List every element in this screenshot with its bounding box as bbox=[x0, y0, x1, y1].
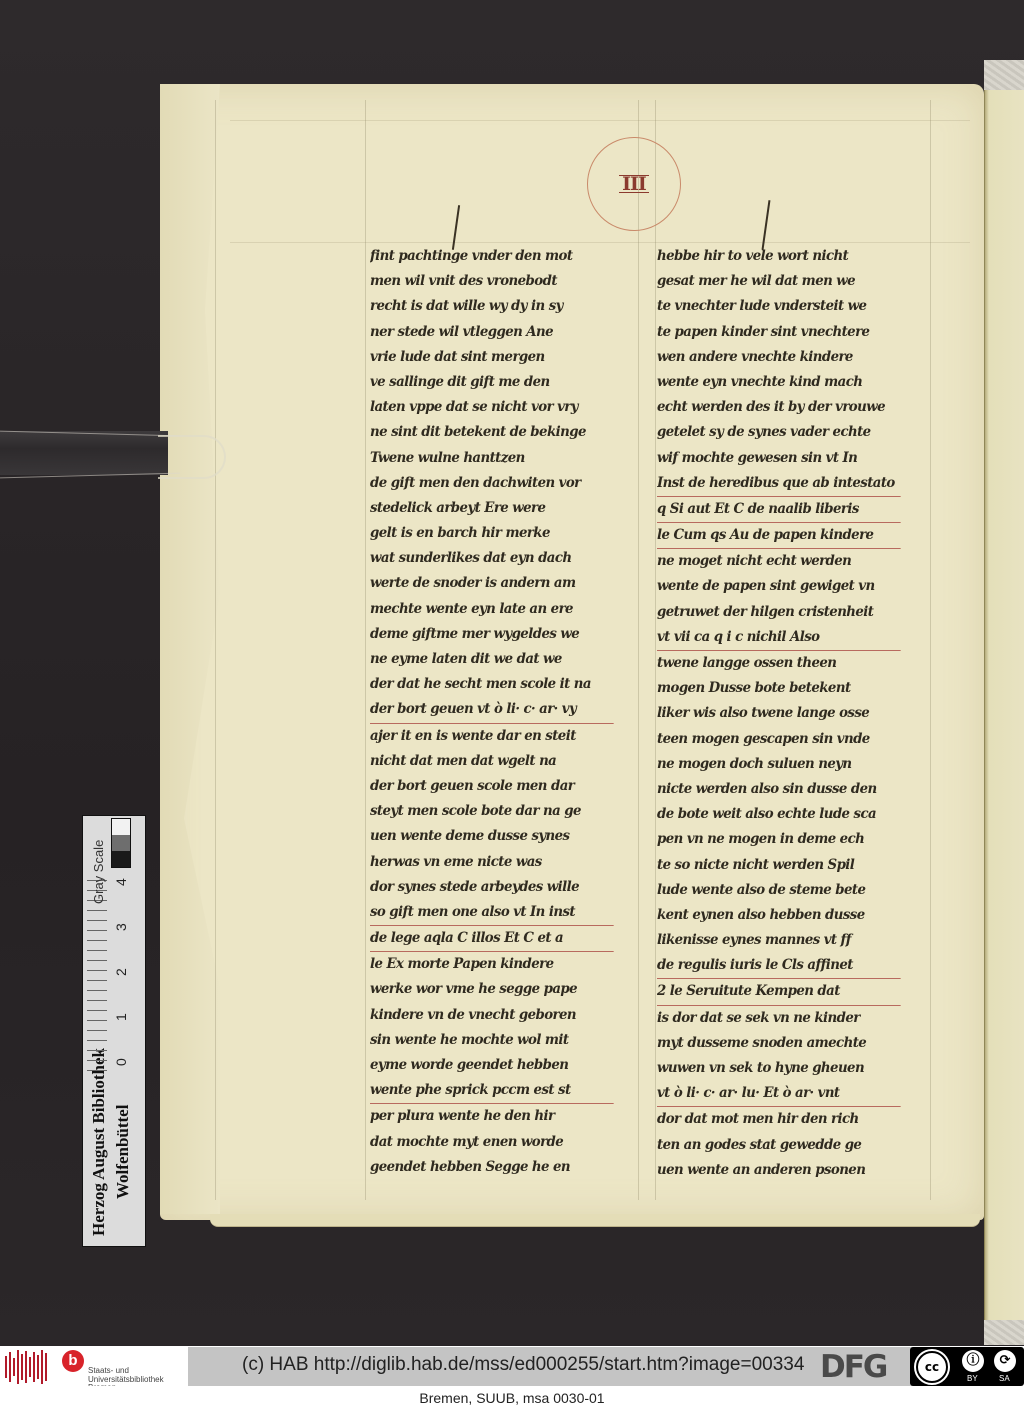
manuscript-line: wente phe sprick pccm est st bbox=[370, 1078, 614, 1104]
manuscript-line: uen wente deme dusse synes bbox=[370, 824, 614, 849]
manuscript-line: myt dusseme snoden amechte bbox=[657, 1031, 901, 1056]
manuscript-line: le Cum qs Au de papen kindere bbox=[657, 523, 901, 549]
manuscript-line: pen vn ne mogen in deme ech bbox=[657, 827, 901, 852]
manuscript-line: sin wente he mochte wol mit bbox=[370, 1028, 614, 1053]
manuscript-line: geendet hebben Segge he en bbox=[370, 1155, 614, 1180]
manuscript-line: te papen kinder sint vnechtere bbox=[657, 320, 901, 345]
manuscript-line: wen andere vnechte kindere bbox=[657, 345, 901, 370]
ruling-line bbox=[638, 100, 639, 1200]
manuscript-line: gelt is en barch hir merke bbox=[370, 521, 614, 546]
manuscript-line: getruwet der hilgen cristenheit bbox=[657, 600, 901, 625]
manuscript-line: wente de papen sint gewiget vn bbox=[657, 574, 901, 599]
attribution-icon: ⓘ bbox=[962, 1350, 984, 1372]
manuscript-line: dat mochte myt enen worde bbox=[370, 1130, 614, 1155]
manuscript-line: ajer it en is wente dar en steit bbox=[370, 724, 614, 749]
folio-bottom-edge bbox=[210, 1214, 980, 1227]
manuscript-line: werte de snoder is andern am bbox=[370, 571, 614, 596]
clip-loop bbox=[158, 435, 226, 479]
manuscript-line: vt vii ca q i c nichil Also bbox=[657, 625, 901, 651]
scale-institution: Herzog August Bibliothek bbox=[89, 1048, 109, 1236]
manuscript-line: vt ò li· c· ar· lu· Et ò ar· vnt bbox=[657, 1081, 901, 1107]
manuscript-line: echt werden des it by der vrouwe bbox=[657, 395, 901, 420]
dfg-logo: DFG bbox=[820, 1349, 886, 1385]
manuscript-line: recht is dat wille wy dy in sy bbox=[370, 294, 614, 319]
manuscript-line: lude wente also de steme bete bbox=[657, 878, 901, 903]
manuscript-line: gesat mer he wil dat men we bbox=[657, 269, 901, 294]
clip-band bbox=[0, 431, 168, 475]
manuscript-line: stedelick arbeyt Ere were bbox=[370, 496, 614, 521]
shelfmark-caption: Bremen, SUUB, msa 0030-01 bbox=[0, 1390, 1024, 1409]
manuscript-line: q Si aut Et C de naalib liberis bbox=[657, 497, 901, 523]
manuscript-line: dor dat mot men hir den rich bbox=[657, 1107, 901, 1132]
manuscript-line: eyme worde geendet hebben bbox=[370, 1053, 614, 1078]
manuscript-line: de gift men den dachwiten vor bbox=[370, 471, 614, 496]
manuscript-line: deme giftme mer wygeldes we bbox=[370, 622, 614, 647]
manuscript-line: ne moget nicht echt werden bbox=[657, 549, 901, 574]
suub-b-logo-icon: b bbox=[62, 1350, 84, 1372]
manuscript-line: de lege aqla C illos Et C et a bbox=[370, 926, 614, 952]
scale-institution-city: Wolfenbüttel bbox=[113, 1105, 133, 1199]
manuscript-line: ne sint dit betekent de bekinge bbox=[370, 420, 614, 445]
ruling-line bbox=[230, 120, 970, 121]
share-alike-icon: ⟳ bbox=[994, 1350, 1016, 1372]
facing-page-edge bbox=[984, 90, 1024, 1320]
by-label: BY bbox=[967, 1374, 978, 1383]
manuscript-line: te so nicte nicht werden Spil bbox=[657, 853, 901, 878]
gray-scale-swatches bbox=[111, 818, 131, 868]
ruler-tick-label: 3 bbox=[113, 923, 129, 931]
manuscript-line: so gift men one also vt In inst bbox=[370, 900, 614, 926]
cc-license-badge[interactable]: cc ⓘ ⟳ BY SA bbox=[910, 1347, 1024, 1386]
ruler-tick-label: 1 bbox=[113, 1013, 129, 1021]
folio-number: III bbox=[619, 175, 649, 193]
manuscript-line: teen mogen gescapen sin vnde bbox=[657, 727, 901, 752]
manuscript-line: mechte wente eyn late an ere bbox=[370, 597, 614, 622]
manuscript-line: Inst de heredibus que ab intestato bbox=[657, 471, 901, 497]
manuscript-line: te vnechter lude vndersteit we bbox=[657, 294, 901, 319]
manuscript-line: de regulis iuris le Cls affinet bbox=[657, 953, 901, 979]
manuscript-line: dor synes stede arbeydes wille bbox=[370, 875, 614, 900]
manuscript-line: de bote weit also echte lude sca bbox=[657, 802, 901, 827]
ruler-tick-label: 4 bbox=[113, 878, 129, 886]
manuscript-line: vrie lude dat sint mergen bbox=[370, 345, 614, 370]
manuscript-line: kindere vn de vnecht geboren bbox=[370, 1003, 614, 1028]
swatch-black bbox=[112, 851, 130, 867]
page-clip bbox=[0, 425, 230, 485]
manuscript-line: getelet sy de synes vader echte bbox=[657, 420, 901, 445]
manuscript-line: ten an godes stat gewedde ge bbox=[657, 1133, 901, 1158]
manuscript-line: men wil vnit des vronebodt bbox=[370, 269, 614, 294]
ruling-line bbox=[230, 242, 970, 243]
manuscript-line: der dat he secht men scole it na bbox=[370, 672, 614, 697]
manuscript-line: fint pachtinge vnder den mot bbox=[370, 244, 614, 269]
manuscript-line: 2 le Seruitute Kempen dat bbox=[657, 979, 901, 1005]
ruling-line bbox=[655, 100, 656, 1200]
manuscript-line: wat sunderlikes dat eyn dach bbox=[370, 546, 614, 571]
suub-barcode-logo bbox=[5, 1348, 53, 1386]
cc-icon: cc bbox=[916, 1351, 948, 1383]
ruling-line bbox=[215, 100, 216, 1200]
manuscript-line: liker wis also twene lange osse bbox=[657, 701, 901, 726]
manuscript-line: uen wente an anderen psonen bbox=[657, 1158, 901, 1183]
manuscript-line: steyt men scole bote dar na ge bbox=[370, 799, 614, 824]
ruling-line bbox=[930, 100, 931, 1200]
manuscript-line: der bort geuen scole men dar bbox=[370, 774, 614, 799]
gray-scale-label: Gray Scale bbox=[91, 840, 106, 904]
manuscript-line: le Ex morte Papen kindere bbox=[370, 952, 614, 977]
manuscript-line: per plura wente he den hir bbox=[370, 1104, 614, 1129]
manuscript-line: ne mogen doch suluen neyn bbox=[657, 752, 901, 777]
manuscript-line: werke wor vme he segge pape bbox=[370, 977, 614, 1002]
manuscript-line: wif mochte gewesen sin vt In bbox=[657, 446, 901, 471]
ruling-line bbox=[365, 100, 366, 1200]
manuscript-line: ner stede wil vtleggen Ane bbox=[370, 320, 614, 345]
swatch-gray bbox=[112, 835, 130, 851]
manuscript-line: mogen Dusse bote betekent bbox=[657, 676, 901, 701]
folio-number-roundel: III bbox=[587, 137, 681, 231]
manuscript-line: wente eyn vnechte kind mach bbox=[657, 370, 901, 395]
manuscript-line: hebbe hir to vele wort nicht bbox=[657, 244, 901, 269]
sa-label: SA bbox=[999, 1374, 1010, 1383]
ruler-tick-label: 2 bbox=[113, 968, 129, 976]
manuscript-line: Twene wulne hanttzen bbox=[370, 446, 614, 471]
text-column-left: fint pachtinge vnder den motmen wil vnit… bbox=[370, 244, 632, 1180]
manuscript-line: nicht dat men dat wgelt na bbox=[370, 749, 614, 774]
manuscript-line: likenisse eynes mannes vt ff bbox=[657, 928, 901, 953]
manuscript-line: twene langge ossen theen bbox=[657, 651, 901, 676]
swatch-white bbox=[112, 819, 130, 835]
copyright-link[interactable]: (c) HAB http://diglib.hab.de/mss/ed00025… bbox=[242, 1354, 804, 1376]
manuscript-line: laten vppe dat se nicht vor vry bbox=[370, 395, 614, 420]
manuscript-line: herwas vn eme nicte was bbox=[370, 850, 614, 875]
scale-bar: Herzog August Bibliothek Wolfenbüttel 0 … bbox=[82, 815, 146, 1247]
text-column-right: hebbe hir to vele wort nichtgesat mer he… bbox=[657, 244, 919, 1183]
manuscript-line: kent eynen also hebben dusse bbox=[657, 903, 901, 928]
manuscript-line: ve sallinge dit gift me den bbox=[370, 370, 614, 395]
manuscript-line: wuwen vn sek to hyne gheuen bbox=[657, 1056, 901, 1081]
manuscript-line: nicte werden also sin dusse den bbox=[657, 777, 901, 802]
manuscript-line: is dor dat se sek vn ne kinder bbox=[657, 1006, 901, 1031]
manuscript-line: ne eyme laten dit we dat we bbox=[370, 647, 614, 672]
manuscript-line: der bort geuen vt ò li· c· ar· vy bbox=[370, 697, 614, 723]
ruler-tick-label: 0 bbox=[113, 1058, 129, 1066]
